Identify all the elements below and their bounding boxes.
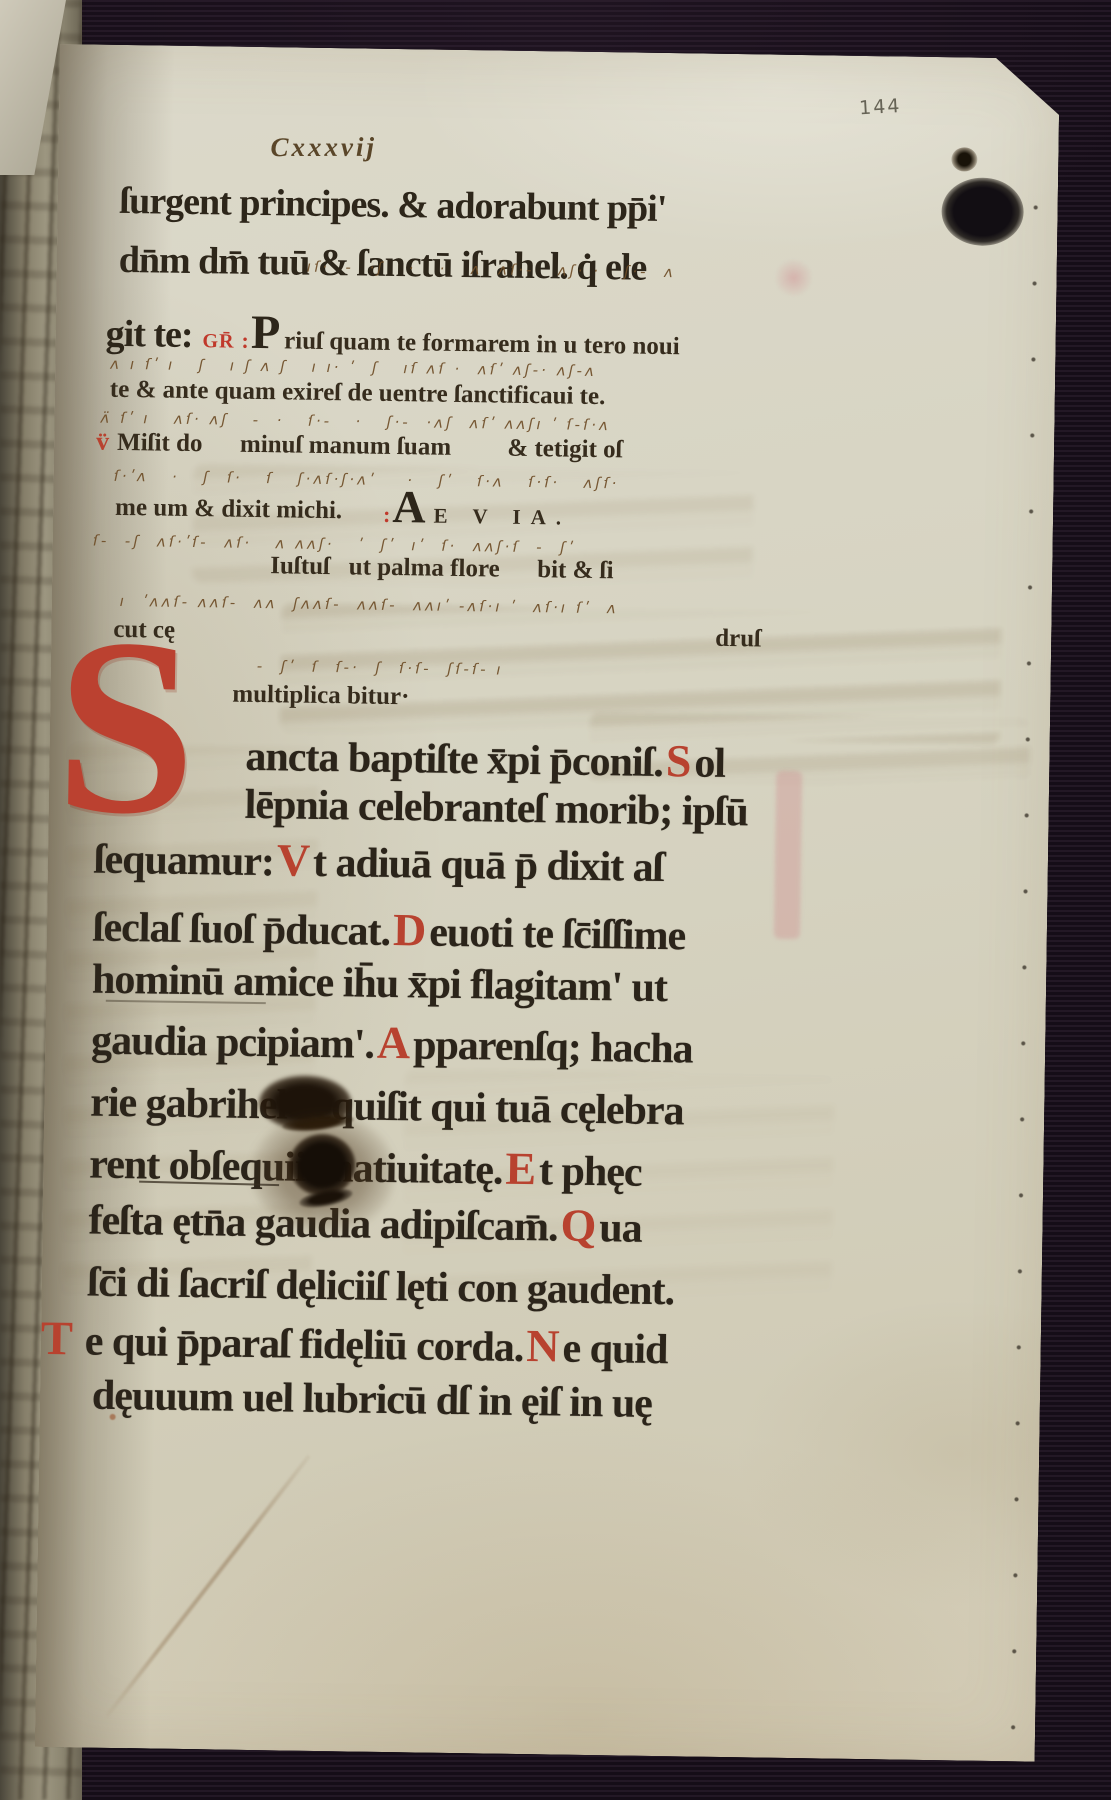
text-line: te & ante quam exireſ de uentre ſanctifi… [110,376,606,411]
text-line: multiplica bitur· [232,681,410,712]
ink-spot [951,147,977,171]
hymn-text: t adiuā quā p̄ dixit aſ [313,839,664,892]
text-line: gaudia pcipiam'. A pparenſq; hacha [91,1012,693,1074]
alleluia-group: : A E V IA. [383,480,572,536]
alleluia-abbreviation: E V IA. [433,504,571,531]
hymn-text: euoti te ſc̄iſſime [429,909,686,961]
hymn-text: rie gabrihel requiſit qui tuā cęlebra [90,1079,684,1136]
hymn-text: ol [694,739,725,787]
folio-number: 144 [859,95,902,119]
rubricated-capital: N [526,1319,560,1372]
chant-text: git te: [105,312,193,357]
hymn-text: ſc̄i di ſacriſ dęliciiſ lęti con gaudent… [87,1259,674,1316]
text-line: v̈ Miſit do minuſ manum ſuam & tetigit o… [96,427,623,465]
manuscript-photo: { "page": { "folio_number": "144", "head… [0,0,1111,1800]
text-line: ſeclaſ ſuoſ p̄ducat. D euoti te ſc̄iſſim… [93,899,686,961]
rubricated-capital: S [665,734,691,787]
rubricated-capital: E [505,1142,536,1195]
chant-text: ſurgent principes. & adorabunt pp̄i' [119,179,666,231]
chant-text: Iuſtuſ ut palma flore bit & ſi [270,552,614,585]
manuscript-page: 144 Cxxxvij ſurgent principes. & adorabu… [35,44,1060,1762]
hymn-text: ua [599,1204,642,1253]
versus-mark: v̈ [96,427,109,457]
hymn-text: hominū amice ih̄u x̄pi flagitam' ut [92,956,668,1013]
initial-P: P [251,305,281,360]
text-line: me um & dixit michi. : A E V IA. [115,494,342,525]
chant-text: riuſ quam te formarem in u tero noui [284,327,680,361]
hymn-text: ancta baptiſte x̄pi p̄coniſ. [245,733,663,787]
hymn-text: pparenſq; hacha [413,1021,693,1073]
initial-decoration-dots: : [383,502,391,528]
page-heading-roman-numeral: Cxxxvij [270,132,377,163]
parchment-hole [941,177,1024,246]
initial-S-large: S [54,610,198,842]
chant-text: druſ [715,625,761,654]
chant-text: Miſit do minuſ manum ſuam & tetigit oſ [117,429,623,464]
hymn-text: lēpnia celebranteſ morib; ipſū [244,781,748,836]
chant-text: te & ante quam exireſ de uentre ſanctifi… [110,376,606,411]
rubricated-capital: Q [560,1199,597,1253]
rubricated-capital: A [377,1016,411,1069]
rubricated-capital: V [277,833,311,886]
text-line: T e qui p̄paraſ fidęliū corda. N e quid [40,1311,667,1375]
chant-text: multiplica bitur· [232,681,410,712]
margin-capital: T [40,1311,73,1366]
initial-decoration-dots: : [241,328,249,354]
text-line: ancta baptiſte x̄pi p̄coniſ. S ol [245,728,725,788]
hymn-text: dęuuum uel lubricū dſ in ęiſ in uę [92,1372,653,1428]
text-line: ſurgent principes. & adorabunt pp̄i' [119,179,666,231]
chant-text: me um & dixit michi. [115,494,342,525]
hymn-text: gaudia pcipiam'. [91,1017,374,1069]
hymn-text: e quid [562,1325,668,1375]
show-through-initial [774,771,802,939]
text-line: ſequamur: V t adiuā quā p̄ dixit aſ [94,831,664,892]
neume-row: ‐ ʃʹ ſ ſ‐· ʃ ſ·ſ‐ ʃſ‐ſ‐ ı [257,657,504,679]
text-line: dęuuum uel lubricū dſ in ęiſ in uę [92,1372,653,1428]
gradual-rubric: GR̄ [202,330,234,353]
hymn-text: t phęc [539,1147,642,1197]
text-line: ſc̄i di ſacriſ dęliciiſ lęti con gaudent… [87,1259,674,1316]
text-line: lēpnia celebranteſ morib; ipſū [244,781,748,836]
show-through-mark [772,259,815,298]
hymn-text: ſeclaſ ſuoſ p̄ducat. [93,904,391,956]
hymn-text: e qui p̄paraſ fidęliū corda. [84,1318,523,1373]
pricking-holes [1009,204,1040,1734]
initial-A: A [392,480,426,533]
text-line: hominū amice ih̄u x̄pi flagitam' ut [92,956,668,1013]
rubricated-capital: D [393,903,427,956]
text-line: Iuſtuſ ut palma flore bit & ſi [270,552,614,585]
hymn-text: ſequamur: [94,836,275,887]
text-line: rie gabrihel requiſit qui tuā cęlebra [90,1079,684,1136]
